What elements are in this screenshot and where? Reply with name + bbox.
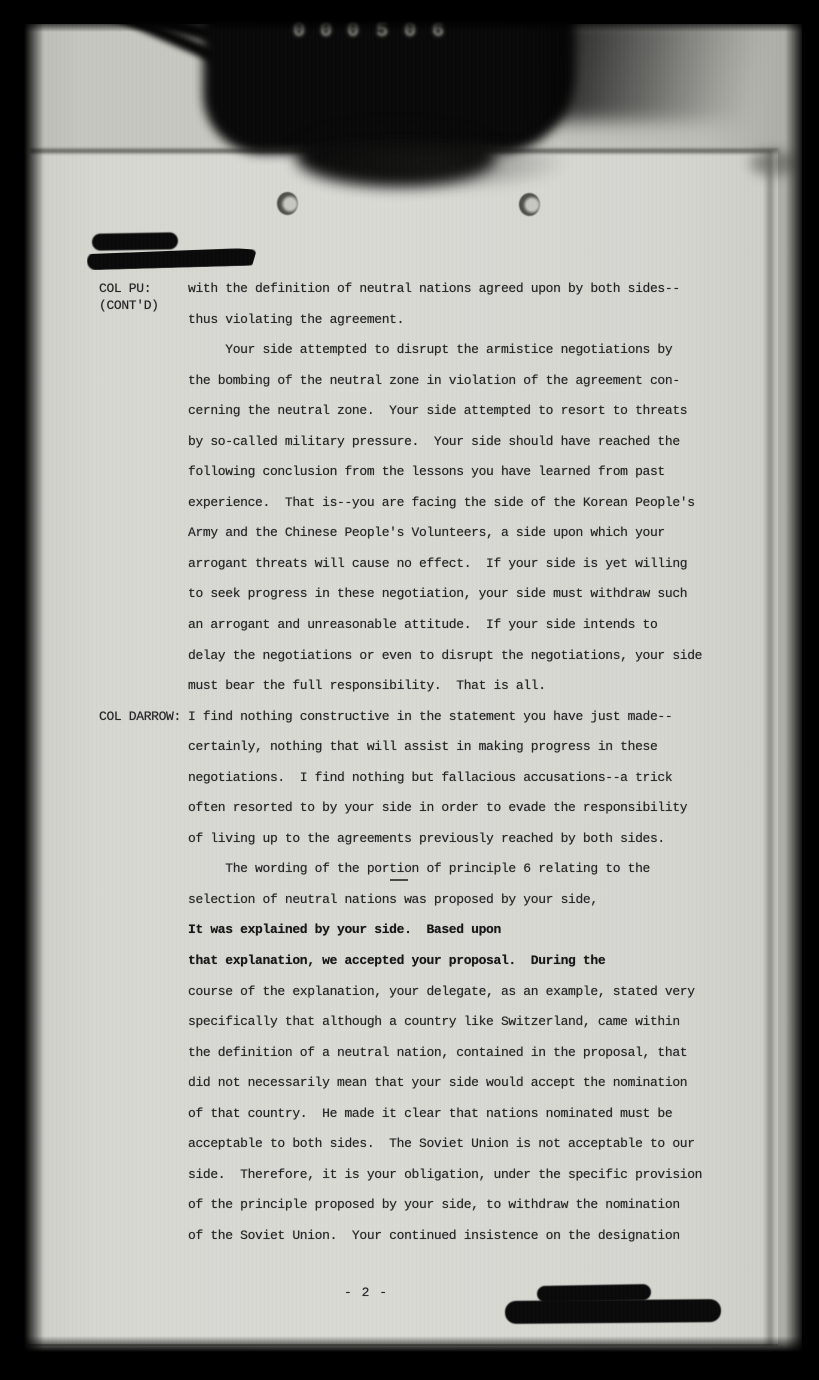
transcript-line: of the Soviet Union. Your continued insi… — [188, 1228, 702, 1259]
speaker-label-col-darrow: COL DARROW: — [99, 709, 181, 726]
transcript-line: with the definition of neutral nations a… — [188, 281, 702, 312]
transcript-line: experience. That is--you are facing the … — [188, 495, 702, 526]
underline-mark — [390, 879, 408, 881]
page-right-edge — [763, 150, 779, 1346]
counter-digit: 5 — [371, 20, 393, 43]
transcript-line: of the principle proposed by your side, … — [188, 1197, 702, 1228]
transcript-line: did not necessarily mean that your side … — [188, 1075, 702, 1106]
transcript-line: delay the negotiations or even to disrup… — [188, 648, 702, 679]
device-shadow — [545, 16, 819, 121]
transcript-line: following conclusion from the lessons yo… — [188, 464, 702, 495]
counter-digit: 6 — [427, 20, 449, 43]
transcript-line: that explanation, we accepted your propo… — [188, 953, 702, 984]
microfilm-scan-frame: 000506 COL PU:(CONT'D) COL DARROW: with … — [0, 0, 819, 1380]
transcript-line: acceptable to both sides. The Soviet Uni… — [188, 1136, 702, 1167]
transcript-line: an arrogant and unreasonable attitude. I… — [188, 617, 702, 648]
transcript-line: course of the explanation, your delegate… — [188, 984, 702, 1015]
transcript-line: arrogant threats will cause no effect. I… — [188, 556, 702, 587]
transcript-line: It was explained by your side. Based upo… — [188, 922, 702, 953]
device-shadow-on-page — [290, 142, 570, 194]
transcript-line: the definition of a neutral nation, cont… — [188, 1045, 702, 1076]
transcript-line: selection of neutral nations was propose… — [188, 892, 702, 923]
transcript-line: I find nothing constructive in the state… — [188, 709, 702, 740]
transcript-line: of that country. He made it clear that n… — [188, 1106, 702, 1137]
transcript-line: Your side attempted to disrupt the armis… — [188, 342, 702, 373]
redaction-bar-top — [92, 232, 178, 250]
page-number: - 2 - — [344, 1285, 388, 1300]
transcript-line: Army and the Chinese People's Volunteers… — [188, 525, 702, 556]
speaker-contd: (CONT'D) — [99, 298, 159, 315]
punch-hole-right — [519, 193, 540, 216]
counter-digit: 0 — [315, 20, 337, 43]
speaker-label-col-pu: COL PU:(CONT'D) — [99, 281, 159, 314]
transcript-text: with the definition of neutral nations a… — [188, 281, 702, 1259]
transcript-line: by so-called military pressure. Your sid… — [188, 434, 702, 465]
transcript-line: cerning the neutral zone. Your side atte… — [188, 403, 702, 434]
transcript-line: specifically that although a country lik… — [188, 1014, 702, 1045]
punch-hole-left — [277, 192, 298, 215]
transcript-line: thus violating the agreement. — [188, 312, 702, 343]
transcript-line: to seek progress in these negotiation, y… — [188, 586, 702, 617]
transcript-line: often resorted to by your side in order … — [188, 800, 702, 831]
transcript-line: must bear the full responsibility. That … — [188, 678, 702, 709]
transcript-line: the bombing of the neutral zone in viola… — [188, 373, 702, 404]
transcript-line: of living up to the agreements previousl… — [188, 831, 702, 862]
transcript-line: negotiations. I find nothing but fallaci… — [188, 770, 702, 801]
transcript-line: certainly, nothing that will assist in m… — [188, 739, 702, 770]
redaction-bar-bottom — [505, 1299, 721, 1324]
counter-digit: 0 — [288, 20, 310, 43]
counter-digit: 0 — [399, 20, 421, 43]
transcript-line: side. Therefore, it is your obligation, … — [188, 1167, 702, 1198]
speaker-name: COL PU: — [99, 281, 159, 298]
counter-digit: 0 — [342, 20, 364, 43]
transcript-line: The wording of the portion of principle … — [188, 861, 702, 892]
